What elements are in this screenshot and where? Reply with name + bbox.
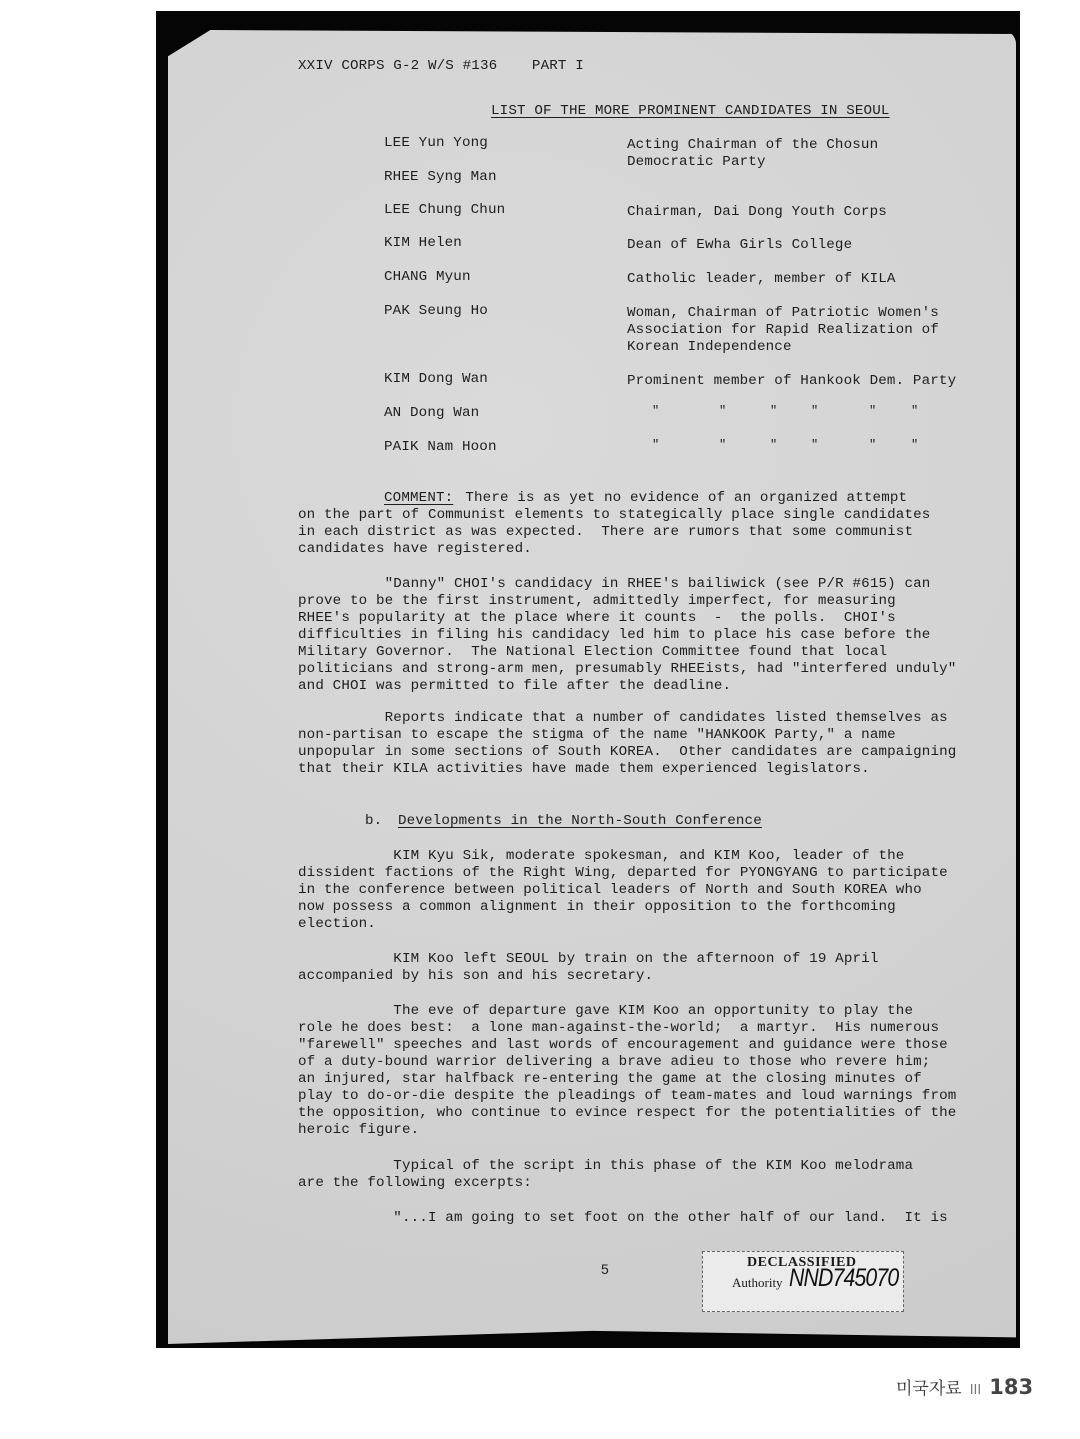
stamp-authority-number: NND745070	[789, 1264, 898, 1293]
candidate-role: Prominent member of Hankook Dem. Party	[627, 373, 956, 390]
candidate-name: LEE Yun Yong	[384, 135, 488, 152]
paragraph-choi: "Danny" CHOI's candidacy in RHEE's baili…	[298, 576, 956, 695]
footer-page-number: 183	[989, 1375, 1033, 1399]
candidate-name: KIM Dong Wan	[384, 371, 488, 388]
ditto-mark: "	[869, 438, 876, 452]
ditto-mark: "	[719, 438, 726, 452]
candidate-role: Catholic leader, member of KILA	[627, 271, 896, 288]
footer-separator: III	[970, 1383, 982, 1398]
section-heading: Developments in the North-South Conferen…	[398, 813, 762, 830]
document-header: XXIV CORPS G-2 W/S #136 PART I	[298, 58, 584, 75]
paragraph-kyu-sik: KIM Kyu Sik, moderate spokesman, and KIM…	[298, 848, 948, 933]
candidate-name: LEE Chung Chun	[384, 202, 505, 219]
candidate-name: KIM Helen	[384, 235, 462, 252]
candidate-name: RHEE Syng Man	[384, 169, 497, 186]
paragraph-typical: Typical of the script in this phase of t…	[298, 1158, 913, 1192]
section-letter: b.	[365, 813, 382, 830]
comment-paragraph: There is as yet no evidence of an organi…	[298, 490, 930, 558]
candidate-name: CHANG Myun	[384, 269, 471, 286]
candidate-role: Chairman, Dai Dong Youth Corps	[627, 204, 887, 221]
document-page-number: 5	[601, 1261, 609, 1277]
candidate-role: Acting Chairman of the Chosun Democratic…	[627, 137, 878, 171]
candidate-name: PAK Seung Ho	[384, 303, 488, 320]
candidate-role: Dean of Ewha Girls College	[627, 237, 852, 254]
paragraph-eve: The eve of departure gave KIM Koo an opp…	[298, 1003, 956, 1139]
ditto-mark: "	[811, 404, 818, 418]
candidate-name: PAIK Nam Hoon	[384, 439, 497, 456]
quote-start: "...I am going to set foot on the other …	[298, 1210, 948, 1227]
ditto-mark: "	[770, 404, 777, 418]
ditto-mark: "	[770, 438, 777, 452]
book-footer: 미국자료III183	[896, 1374, 1033, 1399]
list-title: LIST OF THE MORE PROMINENT CANDIDATES IN…	[491, 103, 890, 120]
footer-section: 미국자료	[896, 1379, 962, 1399]
ditto-mark: "	[911, 438, 918, 452]
ditto-mark: "	[811, 438, 818, 452]
stamp-authority-label: Authority	[732, 1275, 783, 1291]
ditto-mark: "	[911, 404, 918, 418]
paragraph-left-seoul: KIM Koo left SEOUL by train on the after…	[298, 951, 878, 985]
candidate-role: Woman, Chairman of Patriotic Women's Ass…	[627, 305, 939, 356]
ditto-mark: "	[652, 438, 659, 452]
ditto-mark: "	[719, 404, 726, 418]
candidate-name: AN Dong Wan	[384, 405, 479, 422]
ditto-mark: "	[652, 404, 659, 418]
paragraph-reports: Reports indicate that a number of candid…	[298, 710, 956, 778]
ditto-mark: "	[869, 404, 876, 418]
declassified-stamp: DECLASSIFIED Authority NND745070	[702, 1251, 904, 1312]
